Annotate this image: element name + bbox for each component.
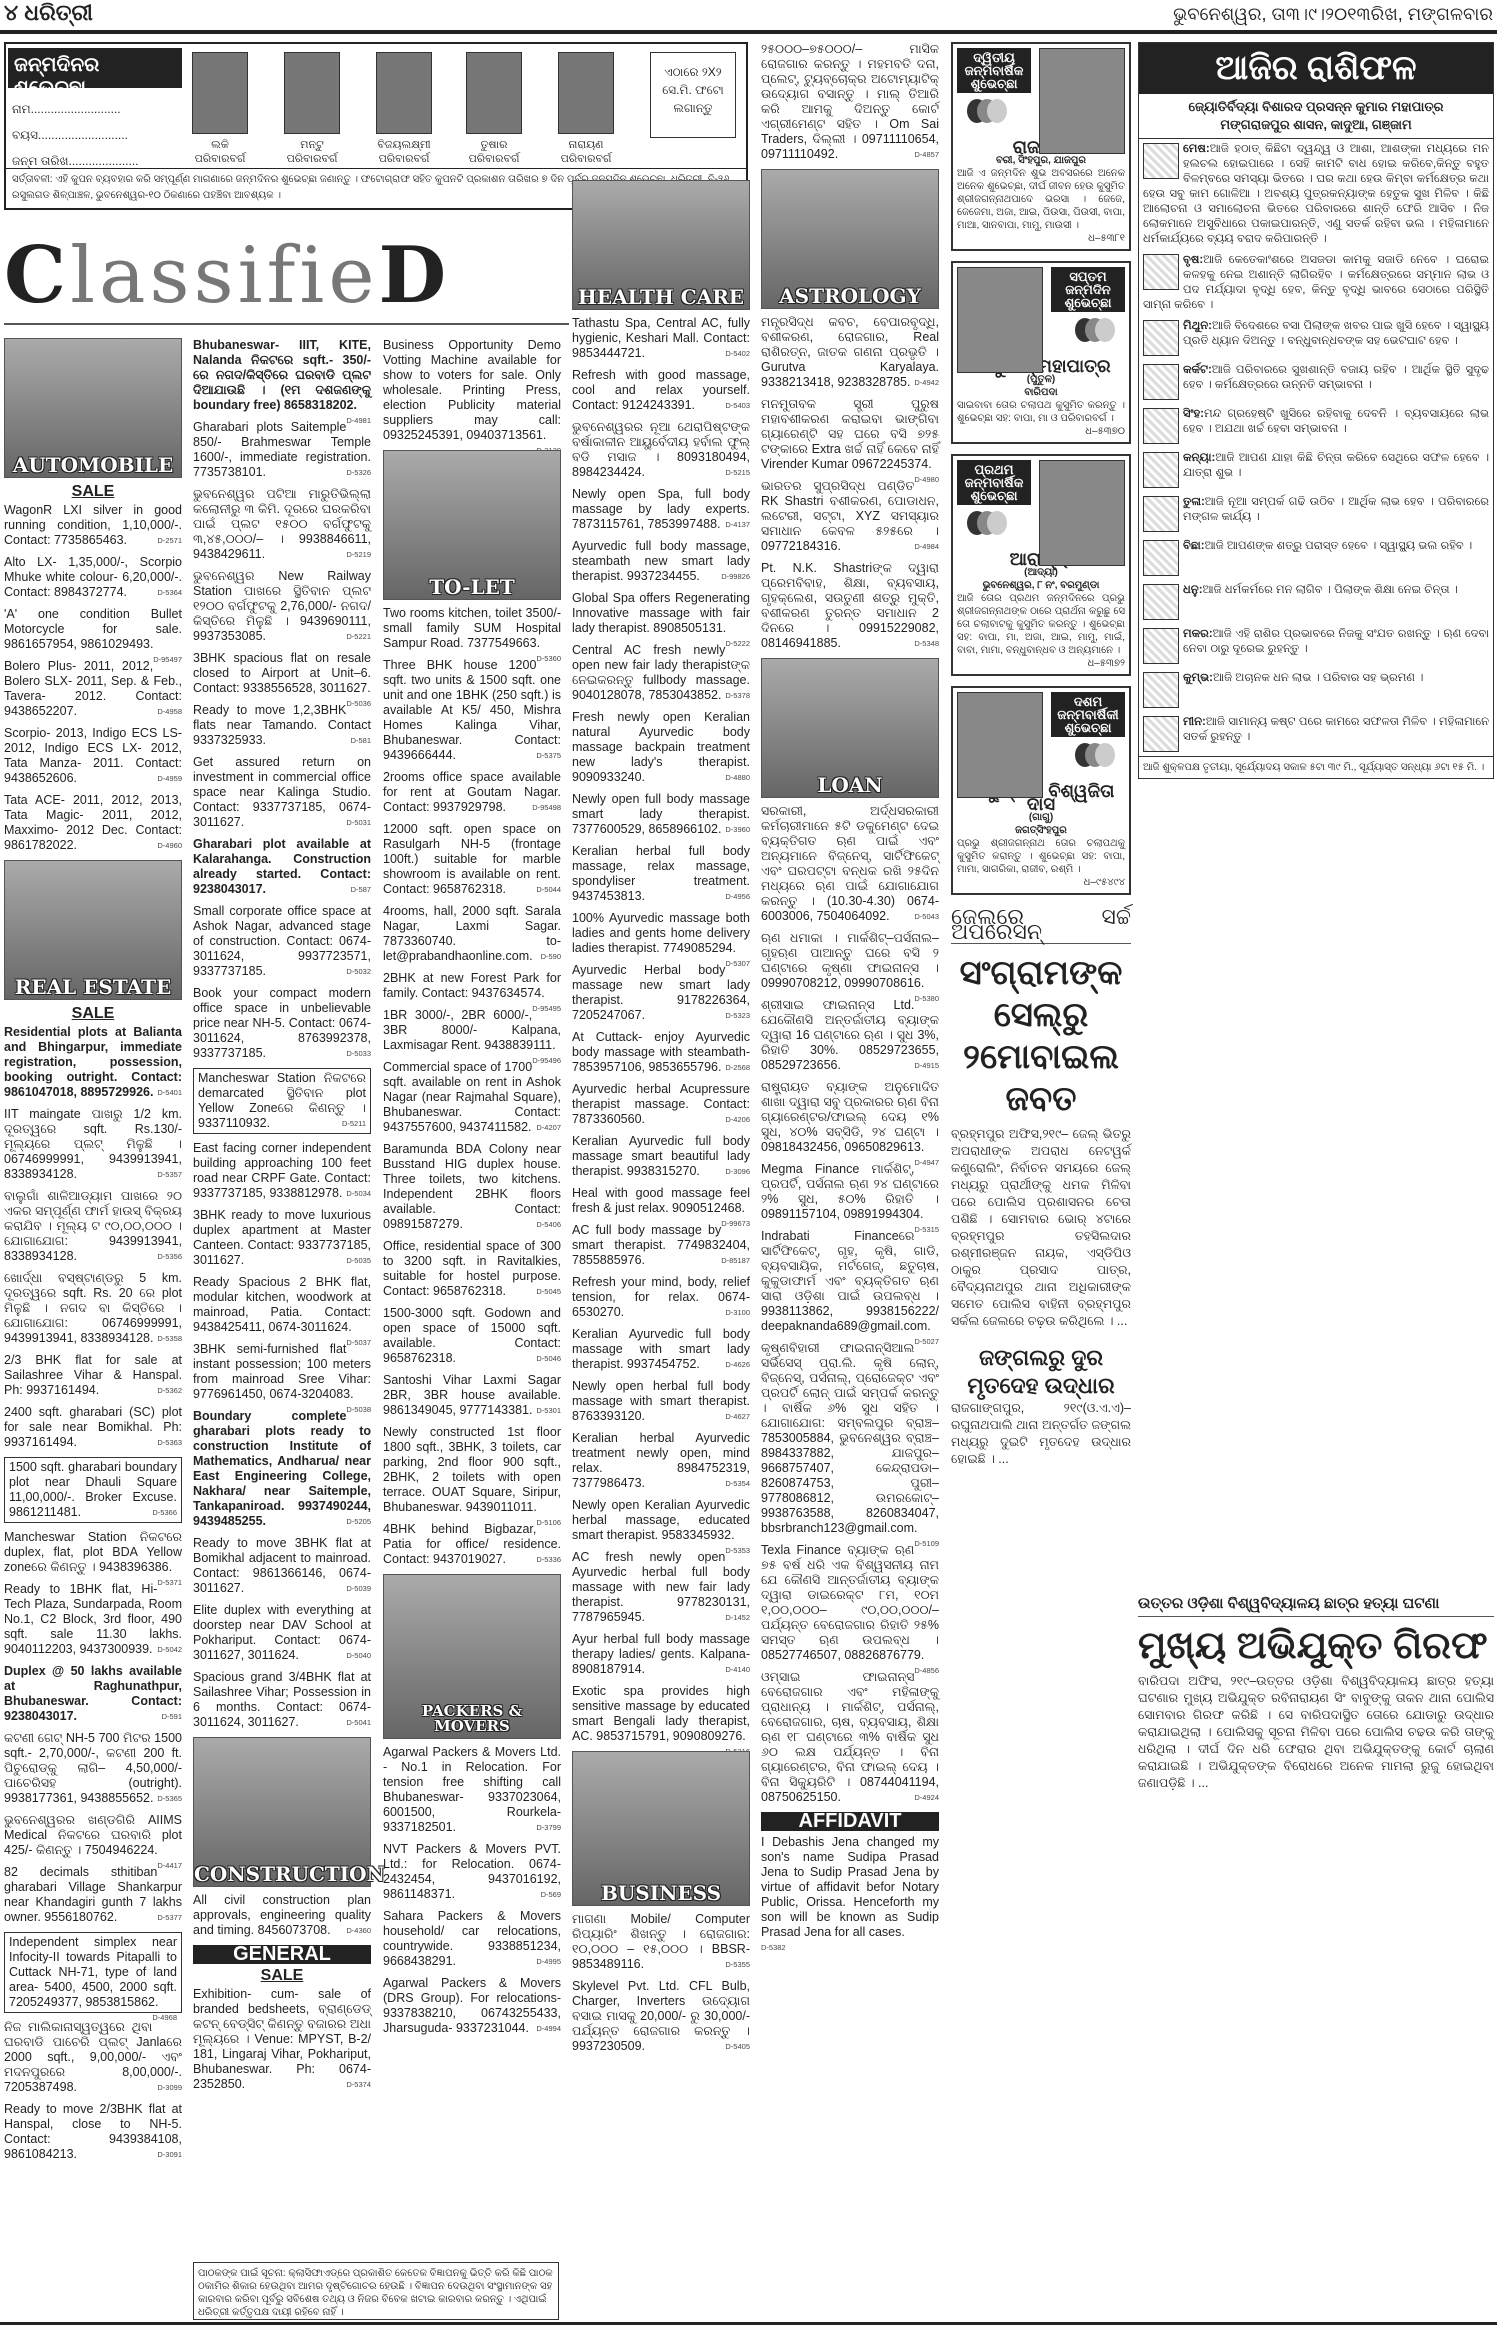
classified-ad: Agarwal Packers & Movers (DRS Group). Fo…	[383, 1976, 561, 2036]
horoscope-title: ଆଜିର ରାଶିଫଳ	[1139, 43, 1493, 94]
ad-code: D-5336	[536, 1552, 561, 1567]
greeting-title: ଦଶମ ଜନ୍ମବାର୍ଷିକୀ ଶୁଭେଚ୍ଛା	[1051, 692, 1125, 737]
zodiac-icon	[1143, 584, 1179, 620]
classified-banner: ClassifieD	[4, 230, 569, 325]
classified-ad: Exotic spa provides high sensitive massa…	[572, 1684, 750, 1744]
ad-code: D-4942	[914, 375, 939, 390]
ad-code: D-5358	[157, 1331, 182, 1346]
classified-ad: Gharabari plots Saitemple 850/- Brahmesw…	[193, 420, 371, 480]
ad-code: D-5326	[346, 465, 371, 480]
ad-code: D-569	[541, 1887, 561, 1902]
ad-code: D-4924	[914, 1790, 939, 1805]
birthday-greeting: ପ୍ରଥମ ଜନ୍ମବାର୍ଷିକ ଶୁଭେଚ୍ଛା ଆରାଧ୍ୟା (ଆଦ୍ୟ…	[951, 454, 1131, 676]
ad-code: D-5044	[536, 882, 561, 897]
affidavit-heading: AFFIDAVIT	[761, 1812, 939, 1831]
ad-code: D-4360	[346, 1923, 371, 1938]
classified-ad: Skylevel Pvt. Ltd. CFL Bulb, Charger, In…	[572, 1979, 750, 2054]
photo-2	[284, 52, 340, 134]
classified-ad: 3BHK ready to move luxurious duplex apar…	[193, 1208, 371, 1268]
ad-code: D-95497	[153, 652, 182, 667]
photo-1	[192, 52, 248, 134]
zodiac-icon	[1143, 496, 1179, 532]
classified-ad: Spacious grand 3/4BHK flat at Sailashree…	[193, 1670, 371, 1730]
photo-caption: ବିଜୟଲକ୍ଷ୍ମୀପରିବାରବର୍ଗ	[369, 138, 439, 166]
classified-ad: Book your compact modern office space in…	[193, 986, 371, 1061]
classified-ad: ଭୁବନେଶ୍ୱର New Railway Station ପାଖରେ ସ୍ଥି…	[193, 569, 371, 644]
lead-news-body: ବାରିପଦା ଅଫିସ, ୨୧୯–ଉତ୍ତର ଓଡ଼ିଶା ବିଶ୍ୱବିଦ୍…	[1138, 1673, 1494, 1792]
ad-code: D-4959	[157, 771, 182, 786]
classified-ad: ଭୁବନେଶ୍ୱରର ଖଣ୍ଡଗିରି AIIMS Medical ନିକଟରେ…	[4, 1813, 182, 1858]
zodiac-icon	[1143, 716, 1179, 752]
birthday-greeting: ଦଶମ ଜନ୍ମବାର୍ଷିକୀ ଶୁଭେଚ୍ଛା ଆୟୁଷ୍ମତୀ ବିଶ୍ୱ…	[951, 686, 1131, 895]
classified-ad: Newly open Spa, full body massage by lad…	[572, 487, 750, 532]
ad-code: D-4627	[725, 1409, 750, 1424]
ad-code: D-5401	[157, 1085, 182, 1100]
child-photo	[957, 692, 1043, 798]
news-body: ବ୍ରହ୍ମପୁର ଅଫିସ,୨୧୯– ଜେଲ୍ ଭିତରୁ ଅପରାଧୀଙ୍କ…	[951, 1126, 1131, 1330]
ad-code: D-591	[162, 1709, 182, 1724]
ad-code: D-5032	[346, 964, 371, 979]
classified-ad: Residential plots at Balianta and Bhinga…	[4, 1025, 182, 1100]
classified-ad: 1500-3000 sqft. Godown and open space of…	[383, 1306, 561, 1366]
health-care-image: HEALTH CARE	[572, 180, 750, 310]
ad-code: D-5205	[346, 1514, 371, 1529]
sale-heading: SALE	[193, 1968, 371, 1983]
classified-ad: 'A' one condition Bullet Motorcycle for …	[4, 607, 182, 652]
classified-ad: Sahara Packers & Movers household/ car r…	[383, 1909, 561, 1969]
child-photo	[957, 267, 1043, 373]
greeting-code: ଧ–୫୩୭୦	[957, 425, 1125, 438]
loan-image: LOAN	[761, 658, 939, 798]
ad-code: D-5041	[346, 1715, 371, 1730]
ad-code: D-5034	[346, 1186, 371, 1201]
lead-news-kicker: ଉତ୍ତର ଓଡ଼ିଶା ବିଶ୍ୱବିଦ୍ୟାଳୟ ଛାତ୍ର ହତ୍ୟା ଘ…	[1138, 1595, 1494, 1617]
ad-code: D-2568	[725, 1060, 750, 1075]
ad-code: D-5375	[536, 748, 561, 763]
news-headline: ସଂଗ୍ରାମଙ୍କ ସେଲ୍‌ରୁ ୨ମୋବାଇଲ ଜବତ	[951, 952, 1131, 1120]
classified-ad: Indrabati Financeରେ ସାର୍ଟିଫିକେଟ୍, ଗୃହ, କ…	[761, 1229, 939, 1334]
ad-code: D-5374	[346, 2077, 371, 2092]
zodiac-icon	[1143, 143, 1179, 179]
classified-ad: 2BHK at new Forest Park for family. Cont…	[383, 971, 561, 1001]
greeting-title: ସପ୍ତମ ଜନ୍ମଦିନ ଶୁଭେଚ୍ଛା	[1051, 267, 1125, 312]
classified-ad: Keralian herbal Ayurvedic treatment newl…	[572, 1431, 750, 1491]
masthead: ୪ ଧରିତ୍ରୀ ଭୁବନେଶ୍ୱର, ତା୩।୯।୨୦୧୩ରିଖ, ମଙ୍ଗ…	[0, 0, 1497, 30]
classified-ad: Pt. N.K. Shastriଙ୍କ ଦ୍ୱାରା ପ୍ରେମବିବାହ, ଶ…	[761, 561, 939, 651]
column-automobile-realestate: AUTOMOBILE SALE WagonR LXI silver in goo…	[4, 338, 182, 2169]
child-nick: (ଆଦ୍ୟା)	[957, 566, 1125, 579]
birthday-greeting: ସପ୍ତମ ଜନ୍ମଦିନ ଶୁଭେଚ୍ଛା ଅଂଶୁମାନ୍ ମହାପାତ୍ର…	[951, 261, 1131, 444]
classified-ad: Duplex @ 50 lakhs available at Raghunath…	[4, 1664, 182, 1724]
classified-ad: 3BHK semi-furnished flat instant possess…	[193, 1342, 371, 1402]
classified-ad: Fresh newly open Keralian natural Ayurve…	[572, 710, 750, 785]
classified-ad: ନିଜ ମାଲିକାନାସ୍ୱତ୍ୱରେ ଥିବା ଘରବାଡି ପାଚେରି …	[4, 2020, 182, 2095]
classified-ad: 4rooms, hall, 2000 sqft. Sarala Nagar, L…	[383, 904, 561, 964]
zodiac-sign: ବୃଷ:ଆଜି କେତେକାଂଶରେ ଅସଜଡା କାମକୁ ସଜାଡି ନେବ…	[1139, 250, 1493, 316]
classified-ad: Ayurvedic herbal Acupressure therapist m…	[572, 1082, 750, 1127]
classified-ad: Independent simplex near Infocity-II tow…	[4, 1932, 182, 2013]
ad-code: D-4915	[914, 1058, 939, 1073]
ad-code: D-5042	[157, 1642, 182, 1657]
classified-ad: NVT Packers & Movers PVT. Ltd.: for Relo…	[383, 1842, 561, 1902]
photo-slot: ଏଠାରେ ୨X୨ ସେ.ମି. ଫଟୋ ଲଗାନ୍ତୁ	[650, 52, 736, 138]
ad-code: D-5037	[346, 1335, 371, 1350]
classified-ad: Get assured return on investment in comm…	[193, 755, 371, 830]
child-place: ଭୁବନେଶ୍ୱର, ୮ ନଂ, ବରମୁଣ୍ଡା	[957, 579, 1125, 592]
zodiac-sign: କର୍କଟ:ଆଜି ପରିବାରରେ ସୁଖଶାନ୍ତି ବଜାୟ ରହିବ ।…	[1139, 360, 1493, 404]
ad-code: D-4417	[157, 1858, 182, 1873]
lead-news: ଉତ୍ତର ଓଡ଼ିଶା ବିଶ୍ୱବିଦ୍ୟାଳୟ ଛାତ୍ର ହତ୍ୟା ଘ…	[1138, 1595, 1494, 1792]
ad-code: D-5378	[725, 688, 750, 703]
ad-code: D-5355	[725, 1957, 750, 1972]
sale-heading: SALE	[4, 1006, 182, 1021]
classified-ad: ମନ୍ତ୍ରସିଦ୍ଧ କବଚ, ବେପାରବୃଦ୍ଧି, ବଶୀକରଣ, ରୋ…	[761, 315, 939, 390]
classified-ad: ରାଷ୍ଟ୍ରାୟତ ବ୍ୟାଙ୍କ ଅନୁମୋଦିତ ଶାଖା ଦ୍ୱାରା …	[761, 1080, 939, 1155]
classified-ad: Elite duplex with everything at doorstep…	[193, 1603, 371, 1663]
classified-ad: Ready to move 2/3BHK flat at Hanspal, cl…	[4, 2102, 182, 2162]
ad-code: D-5038	[346, 1402, 371, 1417]
business-image: BUSINESS	[572, 1751, 750, 1906]
ad-code: D-4995	[536, 1954, 561, 1969]
ad-code: D-5377	[157, 1910, 182, 1925]
real-estate-image: REAL ESTATE	[4, 860, 182, 1000]
side-news-body: ରାଜଗାଙ୍ଗପୁର, ୨୧୯(ଓ.ଏ.ଏ)–ରଘୁନାଥପାଲି ଥାନା …	[951, 1400, 1131, 1468]
photo-caption: ନାରାୟଣପରିବାରବର୍ଗ	[551, 138, 621, 166]
greeting-title: ଦ୍ୱିତୀୟ ଜନ୍ମବାର୍ଷିକ ଶୁଭେଚ୍ଛା	[957, 48, 1031, 93]
ad-code: D-3100	[725, 1305, 750, 1320]
zodiac-sign: କନ୍ୟା:ଆଜି ଆପଣ ଯାହା କିଛି ଚିନ୍ତା କରିବେ ସେଥ…	[1139, 448, 1493, 492]
ad-code: D-4857	[914, 147, 939, 162]
ad-code: D-5362	[157, 1383, 182, 1398]
ad-code: D-5402	[725, 346, 750, 361]
zodiac-icon	[1143, 364, 1179, 400]
ad-code: D-5035	[346, 1253, 371, 1268]
classified-ad: ଭୁବନେଶ୍ୱର ପଟିଆ ମାରୁତିଭିଲ୍ଲା କଲୋନୀରୁ ୩ କି…	[193, 487, 371, 562]
classified-ad: Alto LX- 1,35,000/-, Scorpio Mhuke white…	[4, 555, 182, 600]
ad-code: D-4960	[157, 838, 182, 853]
horoscope-footer: ଆଜି ଶୁକ୍ଳପକ୍ଷ ତୃତୀୟା, ସୂର୍ଯ୍ୟୋଦୟ ସକାଳ ୫ଟ…	[1139, 756, 1493, 778]
classified-ad: Keralian Ayurvedic full body massage sma…	[572, 1134, 750, 1179]
ad-code: D-4968	[152, 2010, 177, 2025]
classified-ad: Mancheswar Station ନିକଟରେ duplex, flat, …	[4, 1530, 182, 1575]
classified-ad: Ayurvedic Herbal body massage new smart …	[572, 963, 750, 1023]
zodiac-sign: ମୀନ:ଆଜି ସାମାନ୍ୟ କଷ୍ଟ ପରେ କାମରେ ସଫଳତା ମିଳ…	[1139, 712, 1493, 756]
greeting-message: ପ୍ରଭୁ ଶ୍ରୀଜଗନ୍ନାଥ ତୋର ଚଲାପଥକୁ କୁସୁମିତ କର…	[957, 837, 1125, 876]
classified-ad: Texla Finance ବ୍ୟାଙ୍କ ଋଣ ୭୫ ବର୍ଷ ଧରି ଏକ …	[761, 1543, 939, 1663]
age-field: ବୟସ...........................	[12, 122, 139, 148]
photo-3	[376, 52, 432, 134]
column-astrology-loan: ୨୫୦୦୦–୭୫୦୦୦/– ମାସିକ ରୋଜଗାର କରନ୍ତୁ । ମହମବ…	[761, 42, 939, 1962]
packers-image: PACKERS & MOVERS	[383, 1574, 561, 1739]
ad-code: D-5406	[536, 1217, 561, 1232]
classified-ad: 4BHK behind Bigbazar, Patia for office/ …	[383, 1522, 561, 1567]
classified-ad: Central AC fresh newly open new fair lad…	[572, 643, 750, 703]
classified-ad: Global Spa offers Regenerating Innovativ…	[572, 591, 750, 636]
ad-code: D-3099	[157, 2080, 182, 2095]
classified-ad: WagonR LXI silver in good running condit…	[4, 503, 182, 548]
coupon-fields: ନାମ........................... ବୟସ......…	[12, 96, 139, 174]
ad-code: D-5046	[536, 1351, 561, 1366]
classified-ad: Refresh with good massage, cool and rela…	[572, 368, 750, 413]
ad-code: D-3091	[157, 2147, 182, 2162]
side-news-headline: ଜଙ୍ଗଲରୁ ଦୁର ମୃତଦେହ ଉଦ୍ଧାର	[951, 1344, 1131, 1400]
footer-rule	[0, 2322, 1497, 2325]
news-kicker: ଜେଲ୍‌ରେ ସର୍ଚ୍ଚ ଅପରେସନ୍	[951, 905, 1131, 944]
classified-ad: ଋଣ ଧମାକା । ମାର୍କଶିଟ୍–ପର୍ସନାଲ–ଗୃହଋଣ ପାଆନ୍…	[761, 931, 939, 991]
classified-ad: Refresh your mind, body, relief tension,…	[572, 1275, 750, 1320]
classified-ad: 2/3 BHK flat for sale at Sailashree Viha…	[4, 1353, 182, 1398]
classified-ad: Heal with good massage feel fresh & just…	[572, 1186, 750, 1216]
balloons-icon	[1075, 318, 1115, 354]
classified-ad: Tathastu Spa, Central AC, fully hygienic…	[572, 316, 750, 361]
classified-ad: Megma Finance ମାର୍କଶିଟ୍, ପ୍ରପର୍ଟି, ପର୍ସନ…	[761, 1162, 939, 1222]
ad-code: D-5301	[536, 1403, 561, 1418]
classified-ad: East facing corner independent building …	[193, 1141, 371, 1201]
classified-ad: Baramunda BDA Colony near Busstand HIG d…	[383, 1142, 561, 1232]
ad-code: D-5027	[914, 1334, 939, 1349]
ad-code: D-95496	[532, 1053, 561, 1068]
classified-ad: Two rooms kitchen, toilet 3500/- small f…	[383, 606, 561, 651]
zodiac-sign: ସିଂହ:ମନ୍ଦ ଗ୍ରହେଷ୍ଟି ଖୁସିରେ ରହିବାକୁ ଦେବନି…	[1139, 404, 1493, 448]
zodiac-icon	[1143, 452, 1179, 488]
classified-ad: Gharabari plot available at Kalarahanga.…	[193, 837, 371, 897]
ad-code: D-4207	[536, 1120, 561, 1135]
ad-code: D-4880	[725, 770, 750, 785]
photo-caption: ଲକିପରିବାରବର୍ଗ	[185, 138, 255, 166]
ad-code: D-4994	[536, 2021, 561, 2036]
classified-ad: Ready to 1BHK flat, Hi-Tech Plaza, Sunda…	[4, 1582, 182, 1657]
ad-code: D-5040	[346, 1648, 371, 1663]
ad-code: D-4140	[725, 1662, 750, 1677]
reader-notice: ପାଠକଙ୍କ ପାଇଁ ସୂଚନା: କ୍ଲାସିଫାଏଡ୍‌ରେ ପ୍ରକା…	[193, 2262, 559, 2320]
automobile-image: AUTOMOBILE	[4, 338, 182, 478]
ad-code: D-5354	[725, 1476, 750, 1491]
classified-ad: At Cuttack- enjoy Ayurvedic body massage…	[572, 1030, 750, 1075]
classified-ad: Santoshi Vihar Laxmi Sagar 2BR, 3BR hous…	[383, 1373, 561, 1418]
classified-ad: Ayurvedic full body massage, steambath n…	[572, 539, 750, 584]
ad-code: D-5221	[346, 629, 371, 644]
zodiac-sign: ବିଛା:ଆଜି ଆପଣଙ୍କ ଶତ୍ରୁ ପରାସ୍ତ ହେବେ । ସ୍ୱା…	[1139, 536, 1493, 580]
classified-ad: 2400 sqft. gharabari (SC) plot for sale …	[4, 1405, 182, 1450]
ad-code: D-5364	[157, 585, 182, 600]
dateline: ଭୁବନେଶ୍ୱର, ତା୩।୯।୨୦୧୩ରିଖ, ମଙ୍ଗଳବାର	[1173, 4, 1493, 25]
ad-code: D-2571	[157, 533, 182, 548]
photo-4	[466, 52, 522, 134]
ad-code: D-85187	[721, 1253, 750, 1268]
classified-ad: ଭାରତର ସୁପ୍ରସିଦ୍ଧ ପଣ୍ଡିତ RK Shastri ବଶୀକର…	[761, 479, 939, 554]
column-realestate-2: Bhubaneswar- IIIT, KITE, Nalanda ନିକଟରେ …	[193, 338, 371, 2099]
zodiac-icon	[1143, 628, 1179, 664]
ad-code: D-587	[351, 882, 371, 897]
ad-code: D-5043	[914, 909, 939, 924]
birthday-greeting: ଦ୍ୱିତୀୟ ଜନ୍ମବାର୍ଷିକ ଶୁଭେଚ୍ଛା ରାଜବୀର ବରୀ,…	[951, 42, 1131, 251]
coupon-title: ଜନ୍ମଦିନର ଶୁଭେଚ୍ଛା	[8, 48, 182, 88]
classified-ad: ଭୁବନେଶ୍ୱରର ନୂଆ ଥେରାପିଷ୍ଟଙ୍କ ବର୍ଷାକାଳୀନ ଆ…	[572, 420, 750, 480]
ad-code: D-4984	[914, 539, 939, 554]
name-field: ନାମ...........................	[12, 96, 139, 122]
ad-code: D-5045	[536, 1284, 561, 1299]
child-place: ବରୀ, ସିଂହପୁର, ଯାଜପୁର	[957, 154, 1125, 167]
classified-ad: Newly constructed 1st floor 1800 sqft., …	[383, 1425, 561, 1515]
classified-ad: Boundary complete gharabari plots ready …	[193, 1409, 371, 1529]
greeting-code: ଧ–୯୫୪୯୪	[957, 876, 1125, 889]
zodiac-icon	[1143, 254, 1179, 290]
classified-ad: Commercial space of 1700 sqft. available…	[383, 1060, 561, 1135]
classified-ad: Mancheswar Station ନିକଟରେ demarcated ସ୍ଥ…	[193, 1068, 371, 1134]
classified-ad: Small corporate office space at Ashok Na…	[193, 904, 371, 979]
greeting-message: ଆଜି ତୋର ପ୍ରଥମ ଜନ୍ମଦିନରେ ପ୍ରଭୁ ଶ୍ରୀଜଗନ୍ନା…	[957, 592, 1125, 657]
classified-ad: ଓମ୍‌ସାଇ ଫାଇନାନ୍ସ ବେରୋଜଗାର ଏବଂ ମହିଳାଙ୍କୁ …	[761, 1670, 939, 1805]
horoscope-box: ଆଜିର ରାଶିଫଳ ଜ୍ୟୋତିର୍ବିଦ୍ୟା ବିଶାରଦ ପ୍ରସନ୍…	[1138, 42, 1494, 779]
ad-code: D-5211	[342, 1116, 366, 1131]
ad-code: D-5109	[914, 1536, 939, 1551]
classified-ad: IIT maingate ପାଖରୁ 1/2 km. ଦୂରତ୍ୱରେ sqft…	[4, 1107, 182, 1182]
affidavit-ad: I Debashis Jena changed my son's name Su…	[761, 1835, 939, 1955]
classified-ad: Ayur herbal full body massage therapy la…	[572, 1632, 750, 1677]
zodiac-sign: ଧନୁ:ଆଜି ଧର୍ମକର୍ମରେ ମନ ଲାଗିବ । ପିଲାଙ୍କ ଶି…	[1139, 580, 1493, 624]
classified-ad: Newly open herbal full body massage with…	[572, 1379, 750, 1424]
zodiac-sign: ମିଥୁନ:ଆଜି ବିଦେଶରେ ବସା ପିଲାଙ୍କ ଖବର ପାଇ ଖୁ…	[1139, 316, 1493, 360]
photo-caption: ମନ୍ଟୁପରିବାରବର୍ଗ	[277, 138, 347, 166]
classified-ad: ମନମୁତାବକ ସ୍ତ୍ରୀ ପୁରୁଷ ମହାବଶୀକରଣ କରାଇବା ଭ…	[761, 397, 939, 472]
ad-code: D-5215	[725, 465, 750, 480]
classified-ad: ବାଲୁଗାଁ ଶାଳିଆଡ୍ୟାମ ପାଖରେ ୨୦ ଏକର ସମ୍ପୂର୍ଣ…	[4, 1189, 182, 1264]
child-place: ଜଗତ୍‌ସିଂହପୁର	[957, 824, 1125, 837]
ad-code: D-5380	[914, 991, 939, 1006]
greeting-title: ପ୍ରଥମ ଜନ୍ମବାର୍ଷିକ ଶୁଭେଚ୍ଛା	[957, 460, 1031, 505]
ad-code: D-3960	[725, 822, 750, 837]
classified-ad: Bhubaneswar- IIIT, KITE, Nalanda ନିକଟରେ …	[193, 338, 371, 413]
ad-code: D-4626	[725, 1357, 750, 1372]
classified-ad: Tata ACE- 2011, 2012, 2013, Tata Magic- …	[4, 793, 182, 853]
zodiac-sign: କୁମ୍ଭ:ଆଜି ଅଚାନକ ଧନ ଲାଭ । ପରିବାର ସହ ଭ୍ରମଣ…	[1139, 668, 1493, 712]
astrology-image: ASTROLOGY	[761, 169, 939, 309]
balloons-icon	[967, 99, 1007, 135]
classified-ad: Newly open Keralian Ayurvedic herbal mas…	[572, 1498, 750, 1543]
classified-ad: 3BHK spacious flat on resale closed to A…	[193, 651, 371, 696]
ad-code: D-5315	[914, 1222, 939, 1237]
ad-code: D-99673	[721, 1216, 750, 1231]
zodiac-sign: ମକର:ଆଜି ଏହି ରାଶିର ପ୍ରଭାବରେ ନିଜକୁ ସଂଯତ ରଖ…	[1139, 624, 1493, 668]
ad-code: D-5031	[346, 815, 371, 830]
classified-ad: ମାଗଣା Mobile/ Computer ରିପ୍ୟାରିଂ ଶିଖନ୍ତୁ…	[572, 1912, 750, 1972]
ad-code: D-4980	[914, 472, 939, 487]
page-name: ୪ ଧରିତ୍ରୀ	[4, 0, 93, 26]
classified-ad: ଖୋର୍ଦ୍ଧା ବସ୍‌ଷ୍ଟାଣ୍ଡରୁ 5 km. ଦୂରତ୍ୱରେ sq…	[4, 1271, 182, 1346]
balloons-icon	[1075, 743, 1115, 779]
photo-5	[558, 52, 614, 134]
ad-code: D-4956	[725, 889, 750, 904]
greeting-code: ଧ–୫୩୭୨	[957, 657, 1125, 670]
ad-code: D-4137	[725, 517, 750, 532]
classified-ad: Agarwal Packers & Movers Ltd. - No.1 in …	[383, 1745, 561, 1835]
horoscope-author: ଜ୍ୟୋତିର୍ବିଦ୍ୟା ବିଶାରଦ ପ୍ରସନ୍ନ କୁମାର ମହାପ…	[1139, 94, 1493, 139]
classified-ad: 100% Ayurvedic massage both ladies and g…	[572, 911, 750, 956]
classified-ad: Bolero Plus- 2011, 2012, Bolero SLX- 201…	[4, 659, 182, 719]
classified-ad: କୃଷ୍ଣବିହାରୀ ଫାଇନାନ୍ସିଆଲ ସର୍ଭିସେସ୍ ପ୍ରା.ଲ…	[761, 1341, 939, 1536]
ad-code: D-5353	[725, 1543, 750, 1558]
child-place: ବାରିପଦା	[957, 386, 1125, 399]
classified-ad: 82 decimals sthitiban gharabari Village …	[4, 1865, 182, 1925]
ad-code: D-5360	[536, 651, 561, 666]
ad-code: D-4856	[914, 1663, 939, 1678]
zodiac-icon	[1143, 408, 1179, 444]
to-let-image: TO-LET	[383, 450, 561, 600]
greeting-message: ସାଇବାବା ତୋର ଚଲାପଥ କୁସୁମିତ କରନ୍ତୁ । ଶୁଭେଚ…	[957, 399, 1125, 425]
ad-code: D-5366	[152, 1505, 177, 1520]
ad-code: D-3096	[725, 1164, 750, 1179]
ad-code: D-5403	[725, 398, 750, 413]
classified-ad: Exhibition- cum- sale of branded bedshee…	[193, 1987, 371, 2092]
classified-ad: 12000 sqft. open space on Rasulgarh NH-5…	[383, 822, 561, 897]
classified-ad: 2rooms office space available for rent a…	[383, 770, 561, 815]
zodiac-icon	[1143, 320, 1179, 356]
construction-image: CONSTRUCTION	[193, 1737, 371, 1887]
classified-ad: Ready Spacious 2 BHK flat, modular kitch…	[193, 1275, 371, 1335]
classified-ad: କଟଣୀ ଗେଟ୍ NH-5 700 ମିଟର 1500 sqft.- 2,70…	[4, 1731, 182, 1806]
column-greetings: ଦ୍ୱିତୀୟ ଜନ୍ମବାର୍ଷିକ ଶୁଭେଚ୍ଛା ରାଜବୀର ବରୀ,…	[951, 42, 1131, 1468]
ad-code: D-5106	[536, 1515, 561, 1530]
ad-code: D-95498	[532, 800, 561, 815]
ad-code: D-5357	[157, 1167, 182, 1182]
ad-code: D-4206	[725, 1112, 750, 1127]
ad-code: D-590	[541, 949, 561, 964]
greeting-code: ଧ–୫୩୮୧	[957, 232, 1125, 245]
sale-heading: SALE	[4, 484, 182, 499]
ad-code: D-5363	[157, 1435, 182, 1450]
ad-code: D-581	[351, 733, 371, 748]
photo-caption: ତୁଷାରପରିବାରବର୍ଗ	[459, 138, 529, 166]
ad-code: D-4947	[914, 1155, 939, 1170]
classified-ad: Three BHK house 1200 sqft. two units & 1…	[383, 658, 561, 763]
ad-code: D-3799	[536, 1820, 561, 1835]
ad-code: D-99826	[721, 569, 750, 584]
ad-code: D-5307	[725, 956, 750, 971]
classified-ad: 1500 sqft. gharabari boundary plot near …	[4, 1457, 182, 1523]
ad-code: D-95495	[532, 1001, 561, 1016]
ad-code: D-5356	[157, 1249, 182, 1264]
classified-ad: Newly open full body massage smart lady …	[572, 792, 750, 837]
ad-code: D-5033	[346, 1046, 371, 1061]
ad-code: D-5371	[157, 1575, 182, 1590]
ad-code: D-4981	[346, 413, 371, 428]
classified-ad: Business Opportunity Demo Votting Machin…	[383, 338, 561, 443]
ad-code: D-5365	[157, 1791, 182, 1806]
zodiac-icon	[1143, 540, 1179, 576]
ad-code: D-5036	[346, 696, 371, 711]
classified-ad: ସରକାରୀ, ଅର୍ଦ୍ଧସରକାରୀ କର୍ମଚାରୀମାନେ ୫ଟି ଡକ…	[761, 804, 939, 924]
child-photo	[1039, 460, 1125, 566]
zodiac-sign: ତୁଳା:ଆଜି ନୂଆ ସମ୍ପର୍କ ଗଢି ଉଠିବ । ଆର୍ଥିକ ଲ…	[1139, 492, 1493, 536]
classified-ad: Office, residential space of 300 to 3200…	[383, 1239, 561, 1299]
ad-code: D-5039	[346, 1581, 371, 1596]
zodiac-icon	[1143, 672, 1179, 708]
general-heading: GENERAL	[193, 1945, 371, 1964]
classified-ad: All civil construction plan approvals, e…	[193, 1893, 371, 1938]
classified-ad: Keralian herbal full body massage, relax…	[572, 844, 750, 904]
header-rule	[0, 30, 1497, 34]
ad-code: D-5219	[346, 547, 371, 562]
zodiac-sign: ମେଷ:ଆଜି ହଠାତ୍ କିଛିଟା ଦ୍ୱନ୍ଦ୍ୱ ଓ ଆଶା, ଆଶଙ…	[1139, 139, 1493, 250]
classified-ad: ଶ୍ରୀସାଇ ଫାଇନାନ୍ସ Ltd. ଯେକୌଣସି ଅନ୍ତର୍ଜାତୀ…	[761, 998, 939, 1073]
classified-ad: Ready to move 3BHK flat at Bomikhal adja…	[193, 1536, 371, 1596]
greeting-message: ଆଜି ଏ ଜନ୍ମଦିନ ଶୁଭ ଅବସରରେ ଅନେକ ଅନେକ ଶୁଭେଚ…	[957, 167, 1125, 232]
classified-ad: AC fresh newly open Ayurvedic herbal ful…	[572, 1550, 750, 1625]
column-tolet: Business Opportunity Demo Votting Machin…	[383, 338, 561, 2043]
ad-code: D-5222	[725, 636, 750, 651]
balloons-icon	[967, 511, 1007, 547]
ad-code: D-5323	[725, 1008, 750, 1023]
